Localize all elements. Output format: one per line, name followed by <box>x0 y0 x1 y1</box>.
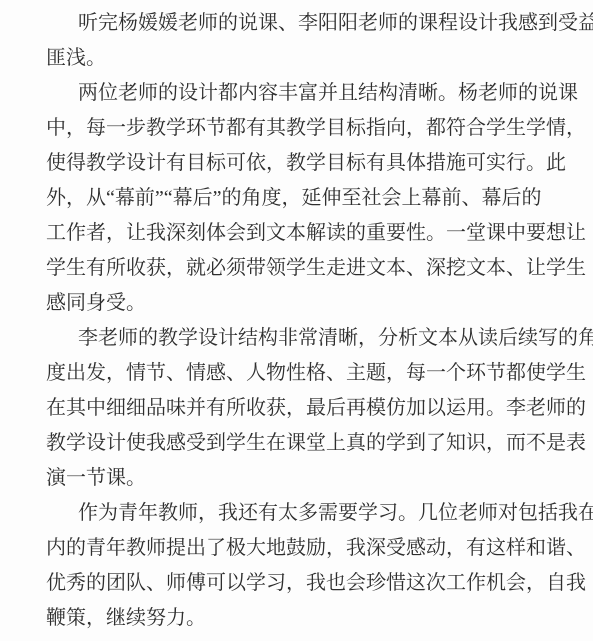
text-line: 中，每一步教学环节都有其教学目标指向，都符合学生学情， <box>46 111 569 146</box>
text-line: 使得教学设计有目标可依，教学目标有具体措施可实行。此 <box>46 146 569 181</box>
text-line: 听完杨媛媛老师的说课、李阳阳老师的课程设计我感到受益 <box>46 6 569 41</box>
text-line: 演一节课。 <box>46 461 569 496</box>
text-line: 学生有所收获，就必须带领学生走进文本、深挖文本、让学生 <box>46 251 569 286</box>
text-line: 教学设计使我感受到学生在课堂上真的学到了知识，而不是表 <box>46 426 569 461</box>
paragraph: 作为青年教师，我还有太多需要学习。几位老师对包括我在 内的青年教师提出了极大地鼓… <box>46 496 569 636</box>
paragraph: 李老师的教学设计结构非常清晰，分析文本从读后续写的角 度出发，情节、情感、人物性… <box>46 321 569 496</box>
text-line: 两位老师的设计都内容丰富并且结构清晰。杨老师的说课 <box>46 76 569 111</box>
paragraph: 听完杨媛媛老师的说课、李阳阳老师的课程设计我感到受益 匪浅。 <box>46 6 569 76</box>
text-line: 内的青年教师提出了极大地鼓励，我深受感动，有这样和谐、 <box>46 531 569 566</box>
text-line: 鞭策，继续努力。 <box>46 601 569 636</box>
text-line: 感同身受。 <box>46 286 569 321</box>
document-page: 听完杨媛媛老师的说课、李阳阳老师的课程设计我感到受益 匪浅。 两位老师的设计都内… <box>0 0 593 641</box>
text-line: 优秀的团队、师傅可以学习，我也会珍惜这次工作机会，自我 <box>46 566 569 601</box>
text-line: 在其中细细品味并有所收获，最后再模仿加以运用。李老师的 <box>46 391 569 426</box>
text-line: 工作者，让我深刻体会到文本解读的重要性。一堂课中要想让 <box>46 216 569 251</box>
paragraph: 两位老师的设计都内容丰富并且结构清晰。杨老师的说课 中，每一步教学环节都有其教学… <box>46 76 569 321</box>
text-line: 匪浅。 <box>46 41 569 76</box>
text-line: 外，从“幕前”“幕后”的角度，延伸至社会上幕前、幕后的 <box>46 181 569 216</box>
text-line: 作为青年教师，我还有太多需要学习。几位老师对包括我在 <box>46 496 569 531</box>
text-line: 度出发，情节、情感、人物性格、主题，每一个环节都使学生 <box>46 356 569 391</box>
text-line: 李老师的教学设计结构非常清晰，分析文本从读后续写的角 <box>46 321 569 356</box>
